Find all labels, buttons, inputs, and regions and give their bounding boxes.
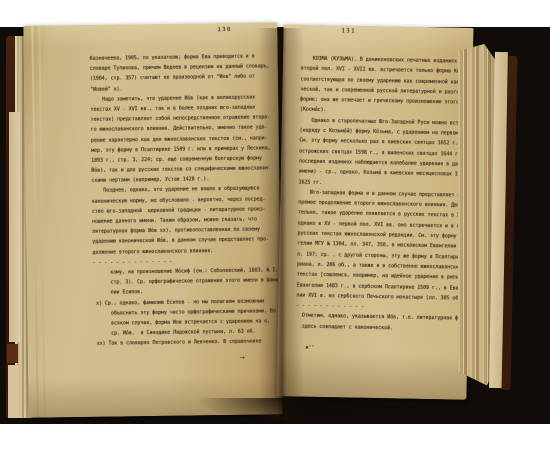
left-page-text: Казначеева, 1905, по указателю; форма Ев… [90, 51, 276, 349]
footnote-end-mark: ж'' [305, 345, 314, 351]
continuation-arrow: → [240, 353, 245, 362]
left-page-number: 130 [217, 27, 232, 34]
page-crease [31, 26, 38, 418]
left-lower-endpaper-edge [8, 365, 19, 418]
right-page: 131 КОЗМА (КУЗЬМА). В дониконовских печа… [276, 24, 473, 400]
left-cover-patch [7, 344, 18, 363]
open-book: 130 Казначеева, 1905, по указателю; форм… [0, 0, 550, 450]
text-line: хх) Так в словарях Петровского и Левченк… [94, 337, 276, 350]
left-endpaper-edge [9, 112, 20, 342]
left-page: 130 Казначеева, 1905, по указателю; форм… [23, 22, 282, 418]
photo-frame: 130 Казначеева, 1905, по указателю; форм… [0, 0, 550, 450]
right-page-number: 131 [341, 28, 356, 35]
page-crease [38, 26, 45, 418]
right-page-text: КОЗМА (КУЗЬМА). В дониконовских печатных… [296, 54, 477, 335]
